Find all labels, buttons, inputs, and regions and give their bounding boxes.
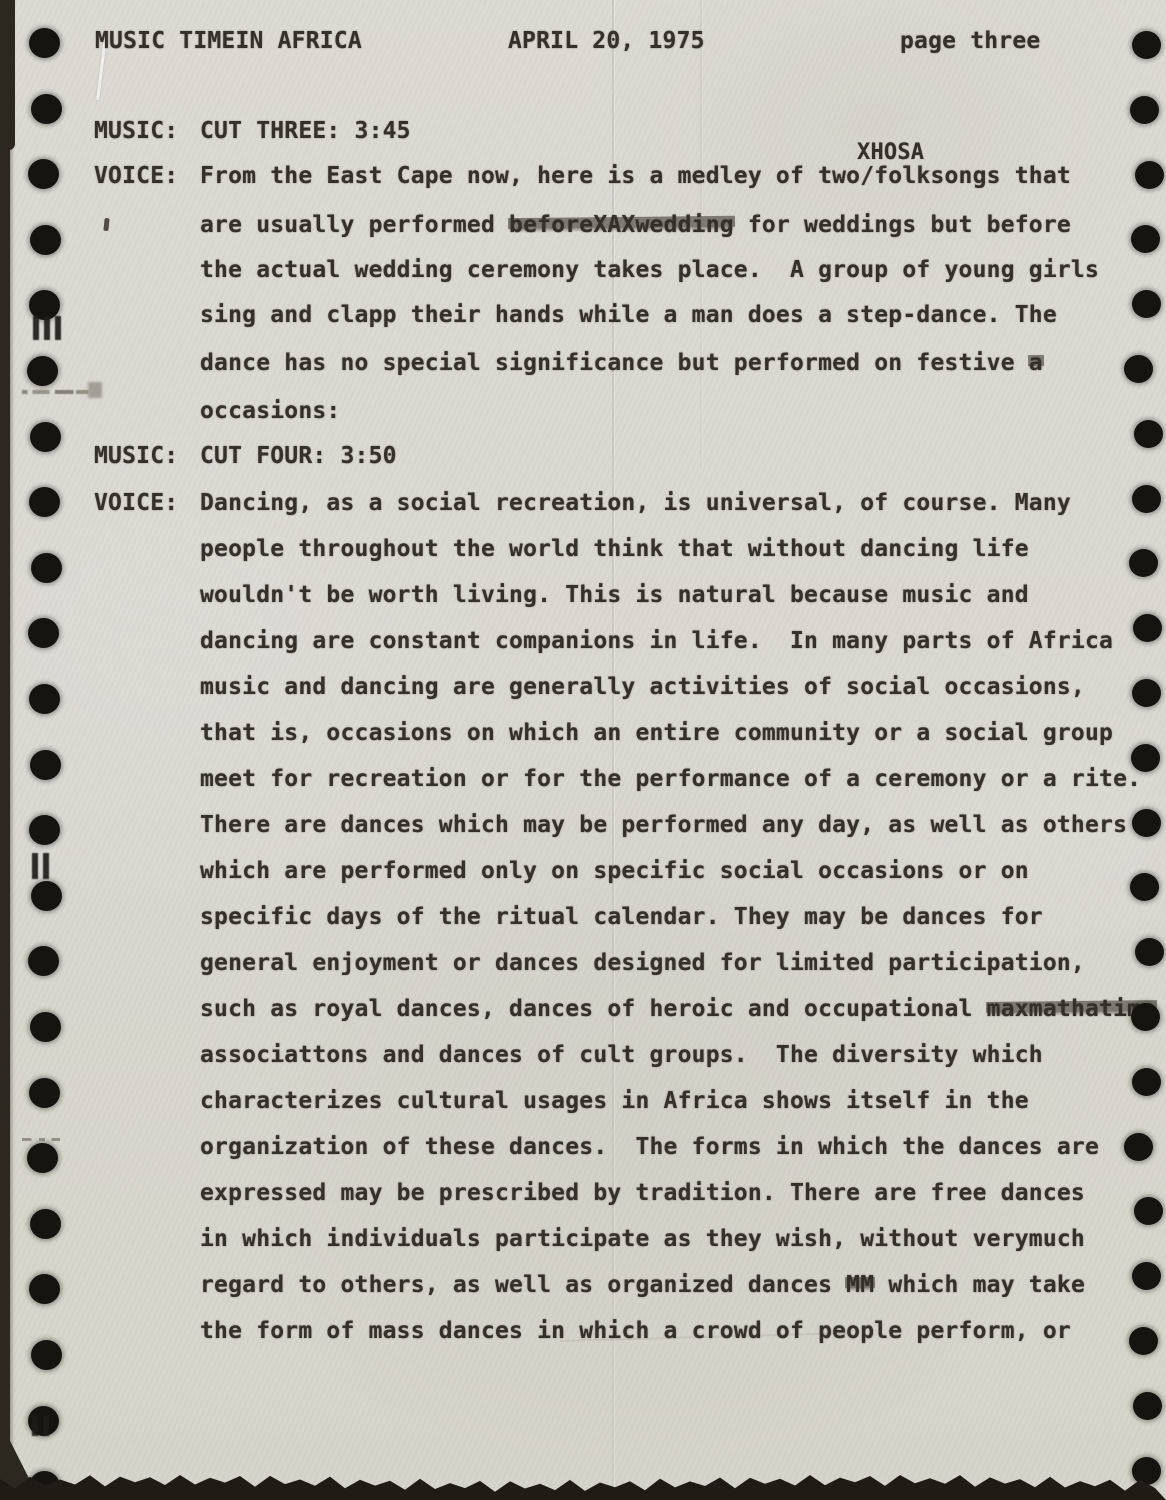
script-line-text: which are performed only on specific soc… — [200, 858, 1029, 884]
punch-hole — [1129, 549, 1158, 577]
punch-hole — [30, 1209, 61, 1239]
punch-hole — [1129, 1327, 1158, 1355]
speaker-label: VOICE: — [94, 163, 178, 189]
punch-hole — [29, 1078, 60, 1108]
script-line-text: There are dances which may be performed … — [200, 812, 1127, 838]
punch-hole — [1132, 485, 1161, 513]
punch-hole — [1132, 809, 1161, 837]
punch-hole — [27, 1143, 58, 1173]
punch-hole — [1124, 355, 1153, 383]
punch-hole — [1132, 679, 1161, 707]
speaker-label: MUSIC: — [94, 443, 178, 469]
script-line-text: Dancing, as a social recreation, is univ… — [200, 490, 1071, 516]
punch-hole — [1132, 1262, 1161, 1290]
punch-hole — [29, 815, 60, 845]
document-date: APRIL 20, 1975 — [508, 28, 705, 54]
ink-smudge — [103, 218, 109, 231]
punch-hole — [31, 881, 62, 911]
script-line-text: organization of these dances. The forms … — [200, 1134, 1099, 1160]
punch-hole — [1130, 96, 1159, 124]
punch-hole — [31, 94, 62, 124]
scan-edge-left — [0, 0, 10, 1500]
punch-hole — [30, 1012, 61, 1042]
punch-hole — [30, 750, 61, 780]
script-line-text: dance has no special significance but pe… — [200, 350, 1043, 376]
punch-hole — [1132, 290, 1161, 318]
punch-hole — [1135, 938, 1164, 966]
punch-hole — [1131, 1003, 1160, 1031]
punch-hole — [29, 28, 60, 58]
script-line-text: music and dancing are generally activiti… — [200, 674, 1085, 700]
script-line-text: the form of mass dances in which a crowd… — [200, 1318, 1071, 1344]
typed-over-strikeout: beforeXAXwedding — [509, 212, 734, 238]
ink-smudge — [32, 853, 53, 879]
script-line-text: expressed may be prescribed by tradition… — [200, 1180, 1085, 1206]
punch-hole — [1134, 1197, 1163, 1225]
page-number: page three — [900, 28, 1040, 54]
script-line-text: associattons and dances of cult groups. … — [200, 1042, 1043, 1068]
punch-hole — [1135, 161, 1164, 189]
punch-hole — [1134, 420, 1163, 448]
typed-over-strikeout: maxmathatima — [987, 996, 1156, 1022]
inserted-word-xhosa: XHOSA — [857, 140, 924, 165]
script-line-text: From the East Cape now, here is a medley… — [200, 163, 1071, 189]
paper-background: MUSIC TIMEIN AFRICA APRIL 20, 1975 page … — [0, 0, 1166, 1500]
script-line-text: general enjoyment or dances designed for… — [200, 950, 1085, 976]
punch-hole — [28, 159, 59, 189]
punch-hole — [29, 684, 60, 714]
script-line-text: are usually performed beforeXAXwedding f… — [200, 212, 1071, 238]
typed-over-strikeout: a — [1029, 350, 1043, 376]
script-line-text: specific days of the ritual calendar. Th… — [200, 904, 1043, 930]
punch-hole — [30, 422, 61, 452]
ink-smudge — [22, 1138, 60, 1141]
punch-hole — [1133, 614, 1162, 642]
punch-hole — [1133, 1392, 1162, 1420]
punch-hole — [1124, 1133, 1153, 1161]
script-line-text: occasions: — [200, 398, 340, 424]
perforated-bottom-edge — [0, 1474, 1166, 1500]
punch-hole — [1131, 744, 1160, 772]
punch-hole — [29, 1274, 60, 1304]
ink-smudge — [33, 316, 65, 340]
script-line-text: that is, occasions on which an entire co… — [200, 720, 1113, 746]
punch-hole — [31, 1340, 62, 1370]
document-title: MUSIC TIMEIN AFRICA — [95, 28, 362, 54]
punch-hole — [30, 225, 61, 255]
script-line-text: dancing are constant companions in life.… — [200, 628, 1113, 654]
punch-hole — [1132, 1068, 1161, 1096]
ink-smudge — [22, 390, 88, 394]
speaker-label: MUSIC: — [94, 118, 178, 144]
script-line-text: CUT THREE: 3:45 — [200, 118, 411, 144]
script-line-text: people throughout the world think that w… — [200, 536, 1029, 562]
script-line-text: wouldn't be worth living. This is natura… — [200, 582, 1029, 608]
script-line-text: CUT FOUR: 3:50 — [200, 443, 397, 469]
script-line-text: such as royal dances, dances of heroic a… — [200, 996, 1155, 1022]
punch-hole — [29, 487, 60, 517]
script-line-text: sing and clapp their hands while a man d… — [200, 302, 1057, 328]
scan-edge-left-top — [0, 0, 15, 150]
punch-hole — [1132, 31, 1161, 59]
punch-hole — [28, 946, 59, 976]
script-line-text: regard to others, as well as organized d… — [200, 1272, 1085, 1298]
speaker-label: VOICE: — [94, 490, 178, 516]
ink-smudge — [32, 1416, 53, 1436]
punch-hole — [28, 618, 59, 648]
typed-over-strikeout: MM — [846, 1272, 874, 1298]
script-line-text: the actual wedding ceremony takes place.… — [200, 257, 1099, 283]
punch-hole — [1130, 873, 1159, 901]
script-line-text: characterizes cultural usages in Africa … — [200, 1088, 1029, 1114]
punch-hole — [1131, 225, 1160, 253]
script-line-text: meet for recreation or for the performan… — [200, 766, 1141, 792]
script-line-text: in which individuals participate as they… — [200, 1226, 1085, 1252]
punch-hole — [27, 356, 58, 386]
punch-hole — [31, 553, 62, 583]
